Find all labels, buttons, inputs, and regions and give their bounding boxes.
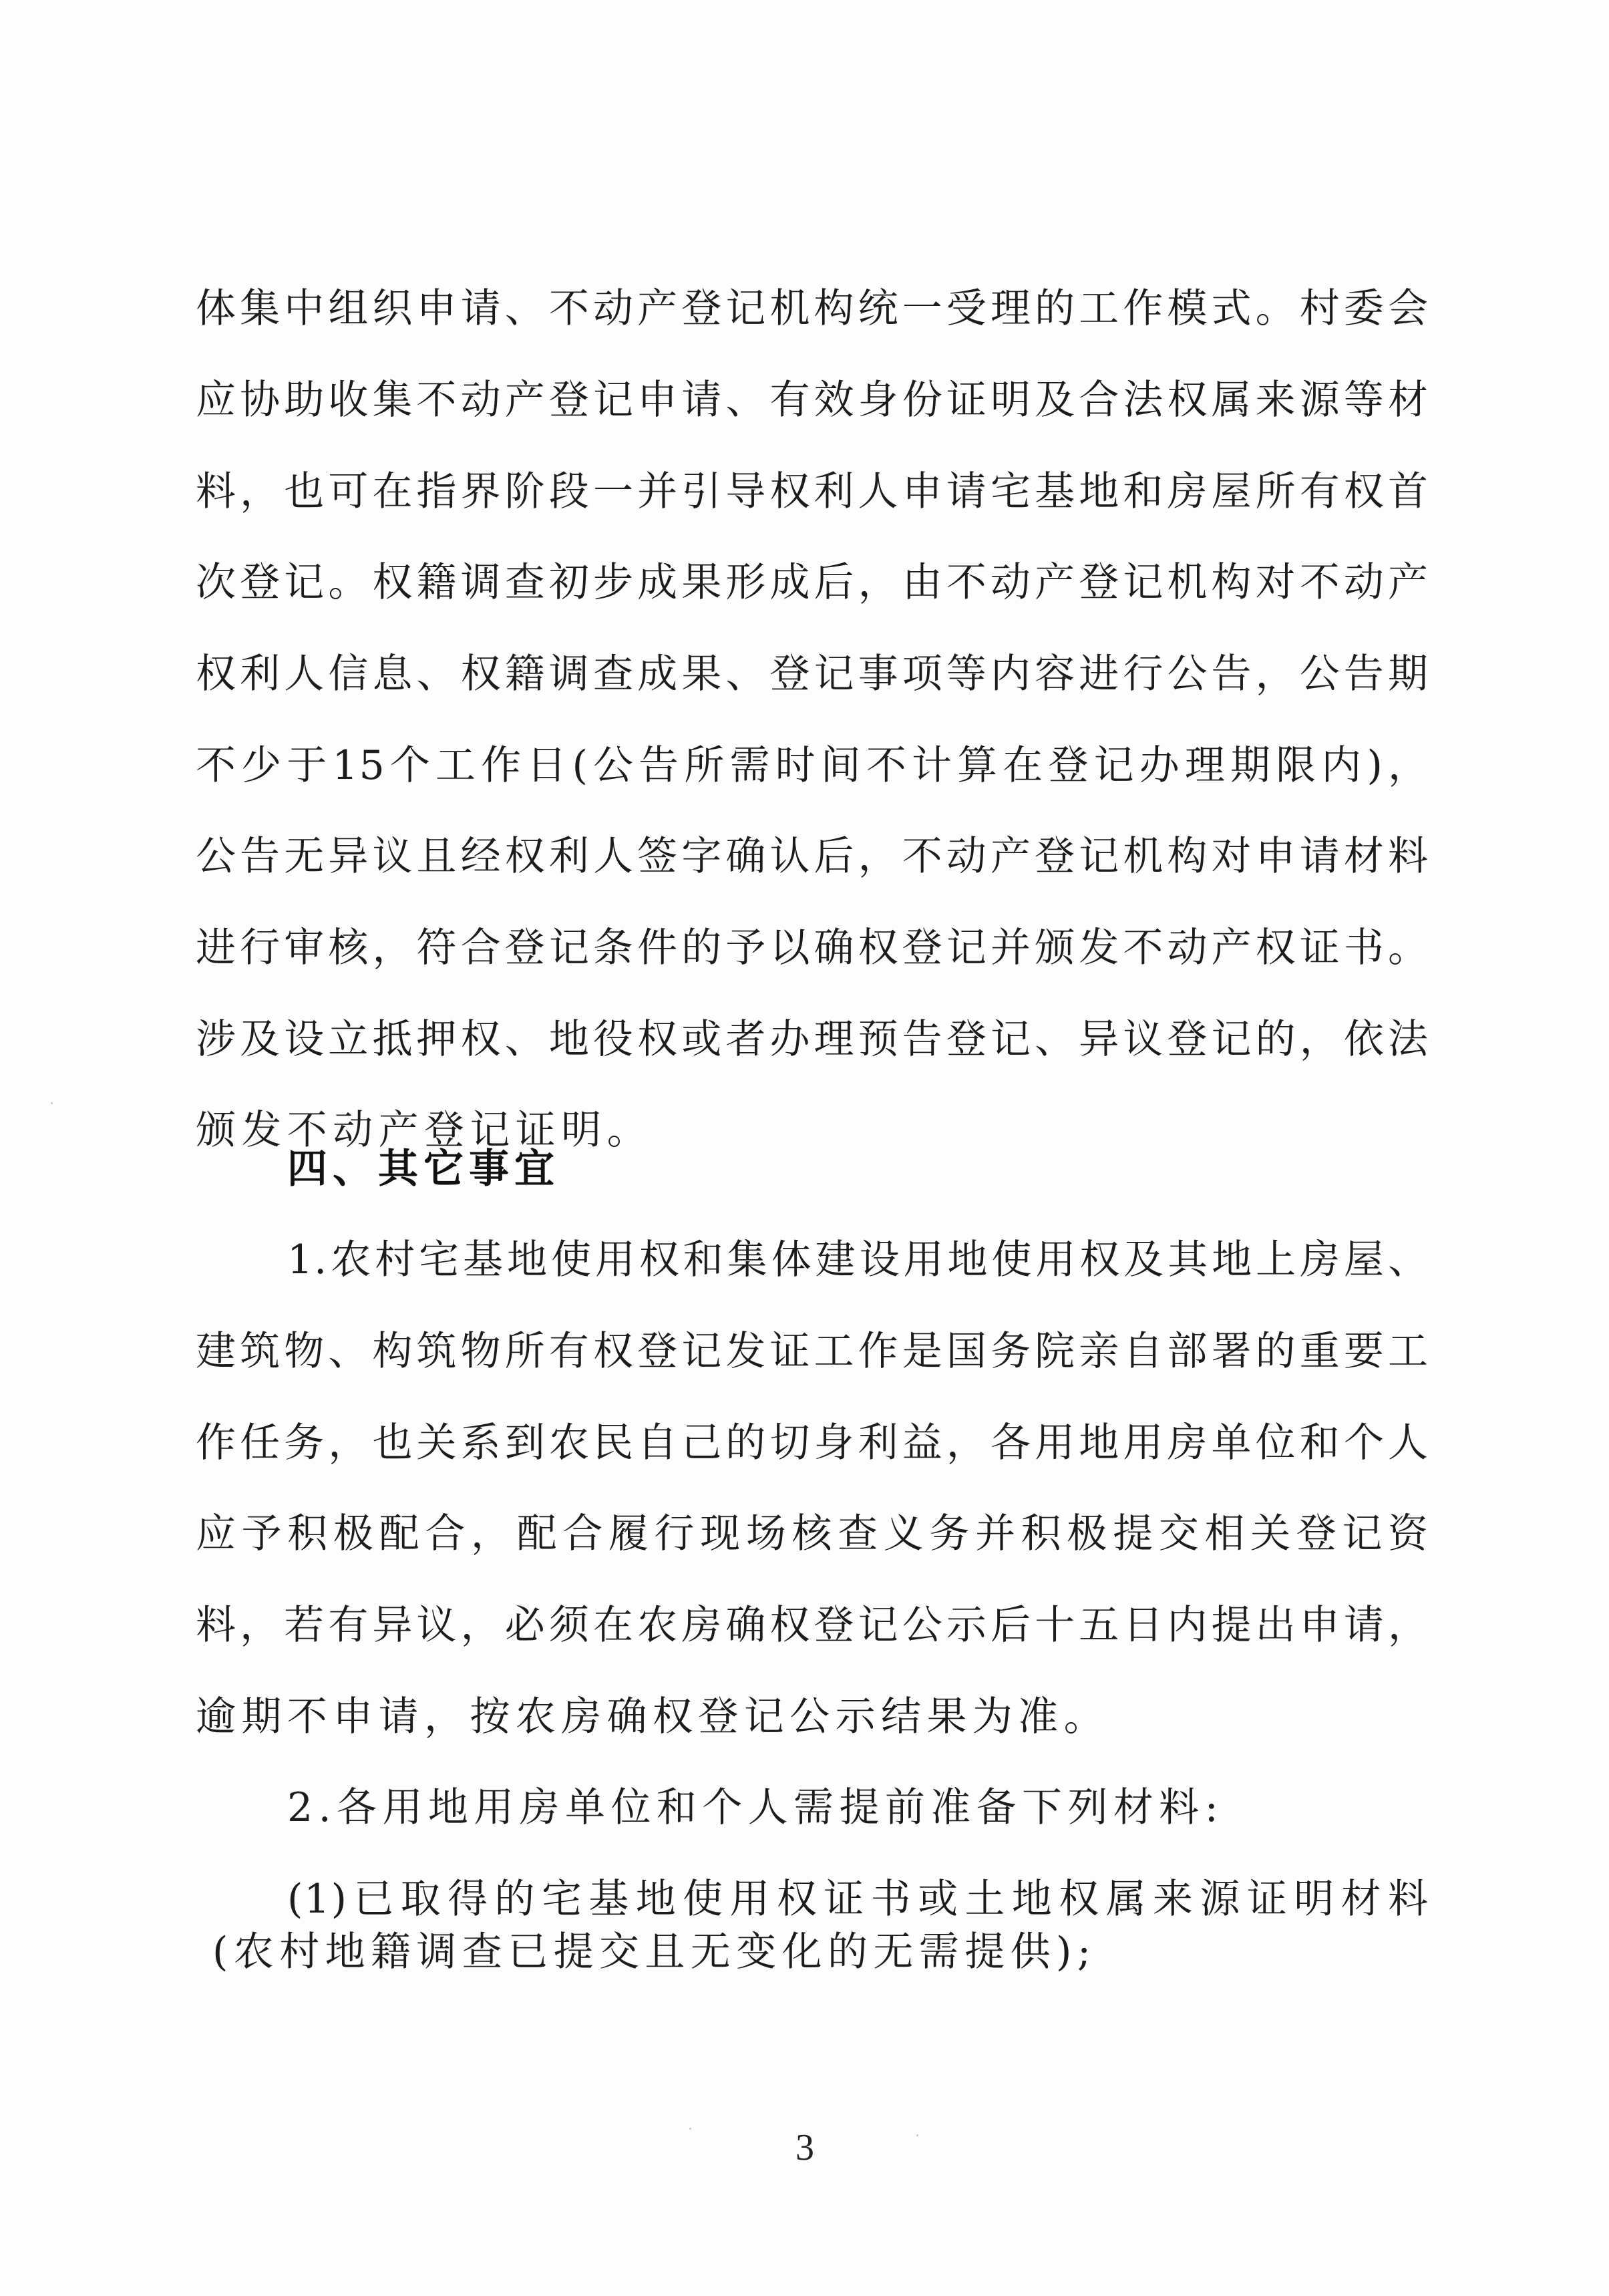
body-text-line: 料，若有异议，必须在农房确权登记公示后十五日内提出申请， [196, 1599, 1429, 1652]
body-text-line: 建筑物、构筑物所有权登记发证工作是国务院亲自部署的重要工 [196, 1325, 1429, 1378]
list-item-continuation: (农村地籍调查已提交且无变化的无需提供); [212, 1925, 1446, 1979]
list-item-heading: 2.各用地用房单位和个人需提前准备下列材料: [287, 1781, 1429, 1834]
body-text-line: 体集中组织申请、不动产登记机构统一受理的工作模式。村委会 [196, 282, 1429, 335]
body-text-line: 逾期不申请，按农房确权登记公示结果为准。 [196, 1690, 1429, 1744]
body-text-line: 公告无异议且经权利人签字确认后，不动产登记机构对申请材料 [196, 830, 1429, 883]
page-number: 3 [788, 2128, 822, 2168]
body-text-line: 进行审核，符合登记条件的予以确权登记并颁发不动产权证书。 [196, 921, 1429, 975]
section-heading: 四、其它事宜 [287, 1142, 1429, 1196]
scan-speck [916, 2134, 918, 2136]
body-text-line: 料，也可在指界阶段一并引导权利人申请宅基地和房屋所有权首 [196, 465, 1429, 518]
body-text-line: 应予积极配合，配合履行现场核查义务并积极提交相关登记资 [196, 1507, 1429, 1561]
body-text-line: 不少于15个工作日(公告所需时间不计算在登记办理期限内)， [196, 739, 1429, 792]
list-item: (1)已取得的宅基地使用权证书或土地权属来源证明材料 [287, 1872, 1429, 1926]
body-text-line: 权利人信息、权籍调查成果、登记事项等内容进行公告，公告期 [196, 647, 1429, 701]
body-text-line: 应协助收集不动产登记申请、有效身份证明及合法权属来源等材 [196, 373, 1429, 427]
body-text-line: 1.农村宅基地使用权和集体建设用地使用权及其地上房屋、 [287, 1233, 1429, 1287]
body-text-line: 作任务，也关系到农民自己的切身利益，各用地用房单位和个人 [196, 1416, 1429, 1470]
body-text-line: 次登记。权籍调查初步成果形成后，由不动产登记机构对不动产 [196, 556, 1429, 609]
body-text-line: 涉及设立抵押权、地役权或者办理预告登记、异议登记的，依法 [196, 1013, 1429, 1066]
document-page: 体集中组织申请、不动产登记机构统一受理的工作模式。村委会 应协助收集不动产登记申… [0, 0, 1609, 2296]
scan-speck [51, 1102, 53, 1104]
scan-speck [689, 2128, 691, 2130]
